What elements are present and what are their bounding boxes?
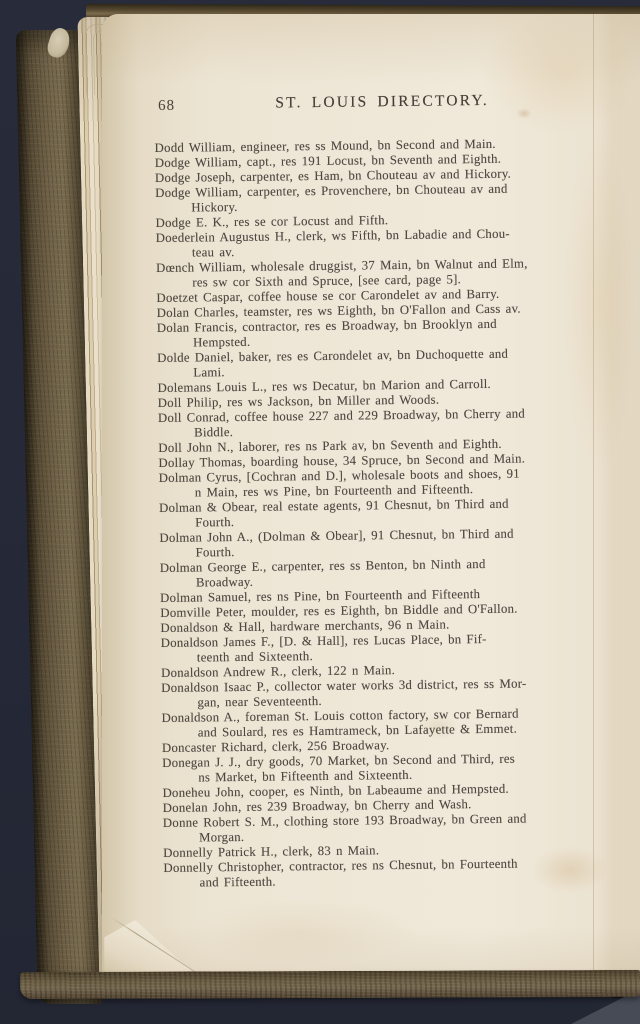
page-number: 68	[158, 98, 175, 115]
page-header-row: 68 ST. LOUIS DIRECTORY.	[154, 90, 610, 116]
directory-entries: Dodd William, engineer, res ss Mound, bn…	[155, 135, 620, 891]
printed-content: 68 ST. LOUIS DIRECTORY. Dodd William, en…	[154, 90, 620, 891]
book-page: 68 ST. LOUIS DIRECTORY. Dodd William, en…	[102, 14, 640, 976]
book-cover-bottom-edge	[20, 970, 640, 999]
page-fold-corner	[104, 920, 196, 978]
running-header: ST. LOUIS DIRECTORY.	[154, 90, 610, 114]
directory-entry: Donnelly Christopher, contractor, res ns…	[163, 855, 619, 891]
paper-stain	[182, 900, 422, 964]
